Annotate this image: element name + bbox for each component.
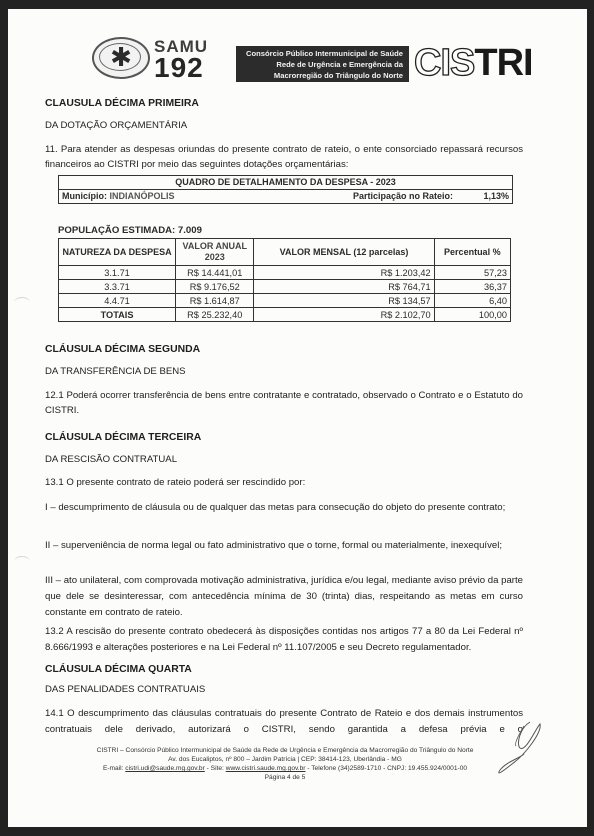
punch-hole-mark [14, 297, 30, 308]
clause-11-subtitle: DA DOTAÇÃO ORÇAMENTÁRIA [45, 118, 523, 134]
participacao-label: Participação no Rateio: [269, 190, 456, 204]
col-valor-mensal: VALOR MENSAL (12 parcelas) [254, 239, 434, 266]
cell-natureza: 3.1.71 [59, 266, 176, 280]
cell-percentual: 100,00 [434, 308, 510, 322]
cell-mensal: R$ 1.203,42 [254, 266, 434, 280]
clause-13-item-ii: II – superveniência de norma legal ou fa… [45, 538, 523, 554]
cell-percentual: 6,40 [434, 294, 510, 308]
cell-percentual: 57,23 [434, 266, 510, 280]
quadro-detalhamento: QUADRO DE DETALHAMENTO DA DESPESA - 2023… [58, 175, 513, 204]
footer-contact: E-mail: cistri.udi@saude.mg.gov.br - Sit… [40, 764, 530, 773]
page-number: Página 4 de 5 [40, 773, 530, 782]
municipio-cell: Município: INDIANÓPOLIS [59, 190, 269, 204]
consortium-name-band: Consórcio Público Intermunicipal de Saúd… [236, 46, 409, 82]
clause-12-title: CLÁUSULA DÉCIMA SEGUNDA [45, 342, 523, 358]
clause-13-2: 13.2 A rescisão do presente contrato obe… [45, 624, 523, 656]
table-row: 3.1.71R$ 14.441,01R$ 1.203,4257,23 [59, 266, 511, 280]
site-link[interactable]: www.cistri.saude.mg.gov.br [226, 765, 306, 772]
populacao-estimada: POPULAÇÃO ESTIMADA: 7.009 [58, 225, 202, 236]
clause-11-paragraph: 11. Para atender as despesas oriundas do… [45, 142, 523, 172]
clause-13-item-iii: III – ato unilateral, com comprovada mot… [45, 573, 523, 621]
consortium-line: Macrorregião do Triângulo do Norte [240, 70, 403, 81]
participacao-value: 1,13% [456, 190, 513, 204]
cell-natureza: 3.3.71 [59, 280, 176, 294]
quadro-title: QUADRO DE DETALHAMENTO DA DESPESA - 2023 [59, 176, 513, 190]
col-percentual: Percentual % [434, 239, 510, 266]
footer-org: CISTRI – Consórcio Público Intermunicipa… [40, 746, 530, 755]
cell-anual: R$ 25.232,40 [176, 308, 254, 322]
cell-anual: R$ 9.176,52 [176, 280, 254, 294]
cell-mensal: R$ 2.102,70 [254, 308, 434, 322]
cell-anual: R$ 14.441,01 [176, 266, 254, 280]
email-link[interactable]: cistri.udi@saude.mg.gov.br [125, 765, 205, 772]
cell-mensal: R$ 764,71 [254, 280, 434, 294]
page-footer: CISTRI – Consórcio Público Intermunicipa… [40, 746, 530, 782]
clause-13-subtitle: DA RESCISÃO CONTRATUAL [45, 452, 523, 468]
consortium-line: Rede de Urgência e Emergência da [240, 59, 403, 70]
cell-natureza: 4.4.71 [59, 294, 176, 308]
clause-13-1: 13.1 O presente contrato de rateio poder… [45, 475, 523, 491]
col-valor-anual: VALOR ANUAL2023 [176, 239, 254, 266]
footer-address: Av. dos Eucaliptos, nº 800 – Jardim Patr… [40, 755, 530, 764]
letterhead: ✱ SAMU 192 Consórcio Público Intermunici… [92, 35, 532, 85]
cell-anual: R$ 1.614,87 [176, 294, 254, 308]
clause-13-title: CLÁUSULA DÉCIMA TERCEIRA [45, 430, 523, 446]
table-row: 3.3.71R$ 9.176,52R$ 764,7136,37 [59, 280, 511, 294]
samu-number: 192 [154, 54, 204, 82]
clause-11-title: CLAUSULA DÉCIMA PRIMEIRA [45, 96, 523, 112]
clause-14-title: CLÁUSULA DÉCIMA QUARTA [45, 662, 523, 678]
clause-14-subtitle: DAS PENALIDADES CONTRATUAIS [45, 682, 523, 698]
despesa-table: NATUREZA DA DESPESA VALOR ANUAL2023 VALO… [58, 238, 511, 322]
clause-14-paragraph: 14.1 O descumprimento das cláusulas cont… [45, 706, 523, 738]
star-of-life-icon: ✱ [92, 37, 150, 79]
clause-13-item-i: I – descumprimento de cláusula ou de qua… [45, 500, 523, 516]
clause-12-subtitle: DA TRANSFERÊNCIA DE BENS [45, 364, 523, 380]
table-row: 4.4.71R$ 1.614,87R$ 134,576,40 [59, 294, 511, 308]
clause-12-paragraph: 12.1 Poderá ocorrer transferência de ben… [45, 388, 523, 418]
cistri-logo: CISTRI [414, 43, 533, 83]
cell-percentual: 36,37 [434, 280, 510, 294]
cell-natureza: TOTAIS [59, 308, 176, 322]
cell-mensal: R$ 134,57 [254, 294, 434, 308]
totals-row: TOTAISR$ 25.232,40R$ 2.102,70100,00 [59, 308, 511, 322]
consortium-line: Consórcio Público Intermunicipal de Saúd… [240, 48, 403, 59]
col-natureza: NATUREZA DA DESPESA [59, 239, 176, 266]
punch-hole-mark [14, 556, 30, 567]
